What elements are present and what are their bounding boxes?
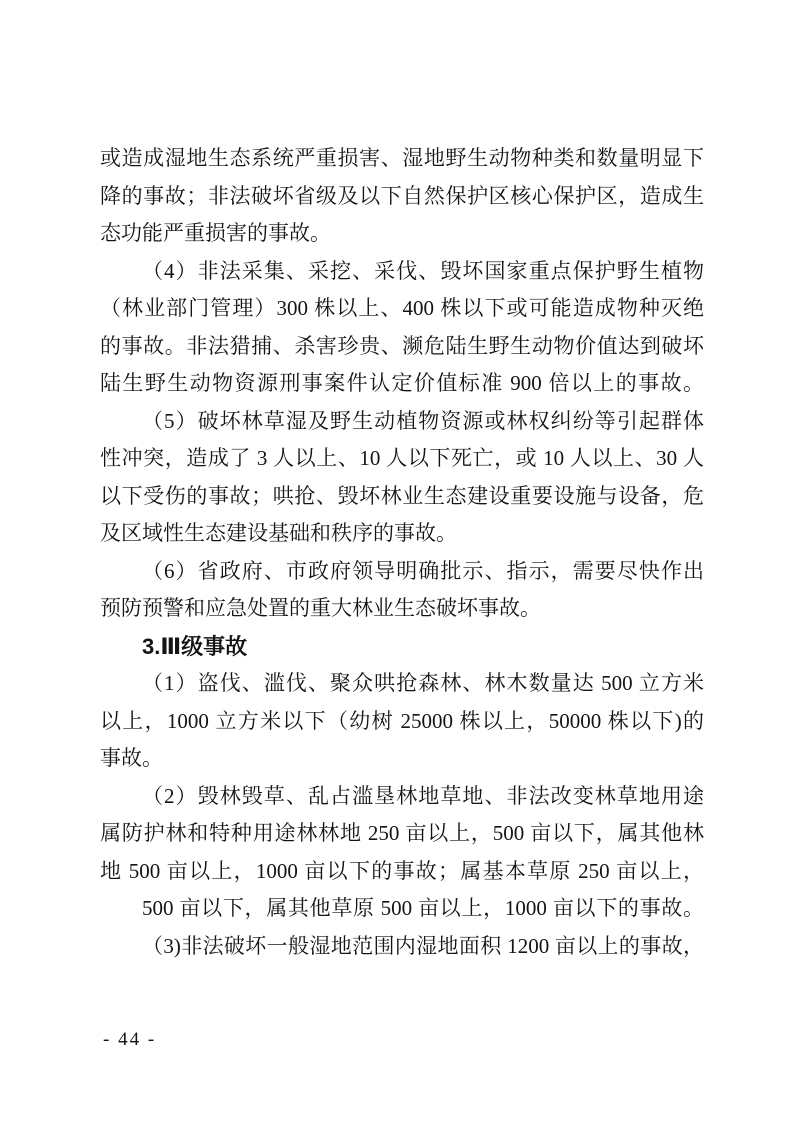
document-body: 或造成湿地生态系统严重损害、湿地野生动物种类和数量明显下 降的事故；非法破坏省级… (100, 140, 704, 965)
list-item-4-line: 陆生野生动物资源刑事案件认定价值标准 900 倍以上的事故。 (100, 365, 704, 403)
list-item-2-line: 地 500 亩以上，1000 亩以下的事故；属基本草原 250 亩以上， (100, 853, 704, 891)
list-item-3-line: （3)非法破坏一般湿地范围内湿地面积 1200 亩以上的事故， (100, 928, 704, 966)
page-number: - 44 - (103, 1025, 156, 1055)
list-item-6-line: （6）省政府、市政府领导明确批示、指示，需要尽快作出 (100, 553, 704, 591)
list-item-5-line: （5）破坏林草湿及野生动植物资源或林权纠纷等引起群体 (100, 403, 704, 441)
list-item-5-line: 性冲突，造成了 3 人以上、10 人以下死亡，或 10 人以上、30 人 (100, 440, 704, 478)
section-heading-level3: 3.Ⅲ级事故 (100, 628, 704, 666)
list-item-4-line: 的事故。非法猎捕、杀害珍贵、濒危陆生野生动物价值达到破坏 (100, 328, 704, 366)
list-item-1-line: 事故。 (100, 740, 704, 778)
document-page: 或造成湿地生态系统严重损害、湿地野生动物种类和数量明显下 降的事故；非法破坏省级… (0, 0, 793, 1122)
text-line: 降的事故；非法破坏省级及以下自然保护区核心保护区，造成生 (100, 178, 704, 216)
list-item-1-line: 以上，1000 立方米以下（幼树 25000 株以上，50000 株以下)的 (100, 703, 704, 741)
list-item-2-line: 属防护林和特种用途林林地 250 亩以上，500 亩以下，属其他林 (100, 815, 704, 853)
list-item-4-line: （4）非法采集、采挖、采伐、毁坏国家重点保护野生植物 (100, 253, 704, 291)
list-item-2-line: （2）毁林毁草、乱占滥垦林地草地、非法改变林草地用途 (100, 778, 704, 816)
list-item-5-line: 以下受伤的事故；哄抢、毁坏林业生态建设重要设施与设备，危 (100, 478, 704, 516)
list-item-1-line: （1）盗伐、滥伐、聚众哄抢森林、林木数量达 500 立方米 (100, 665, 704, 703)
list-item-5-line: 及区域性生态建设基础和秩序的事故。 (100, 515, 704, 553)
text-line: 或造成湿地生态系统严重损害、湿地野生动物种类和数量明显下 (100, 140, 704, 178)
list-item-6-line: 预防预警和应急处置的重大林业生态破坏事故。 (100, 590, 704, 628)
text-line: 态功能严重损害的事故。 (100, 215, 704, 253)
list-item-2-line: 500 亩以下，属其他草原 500 亩以上，1000 亩以下的事故。 (100, 890, 704, 928)
list-item-4-line: （林业部门管理）300 株以上、400 株以下或可能造成物种灭绝 (100, 290, 704, 328)
